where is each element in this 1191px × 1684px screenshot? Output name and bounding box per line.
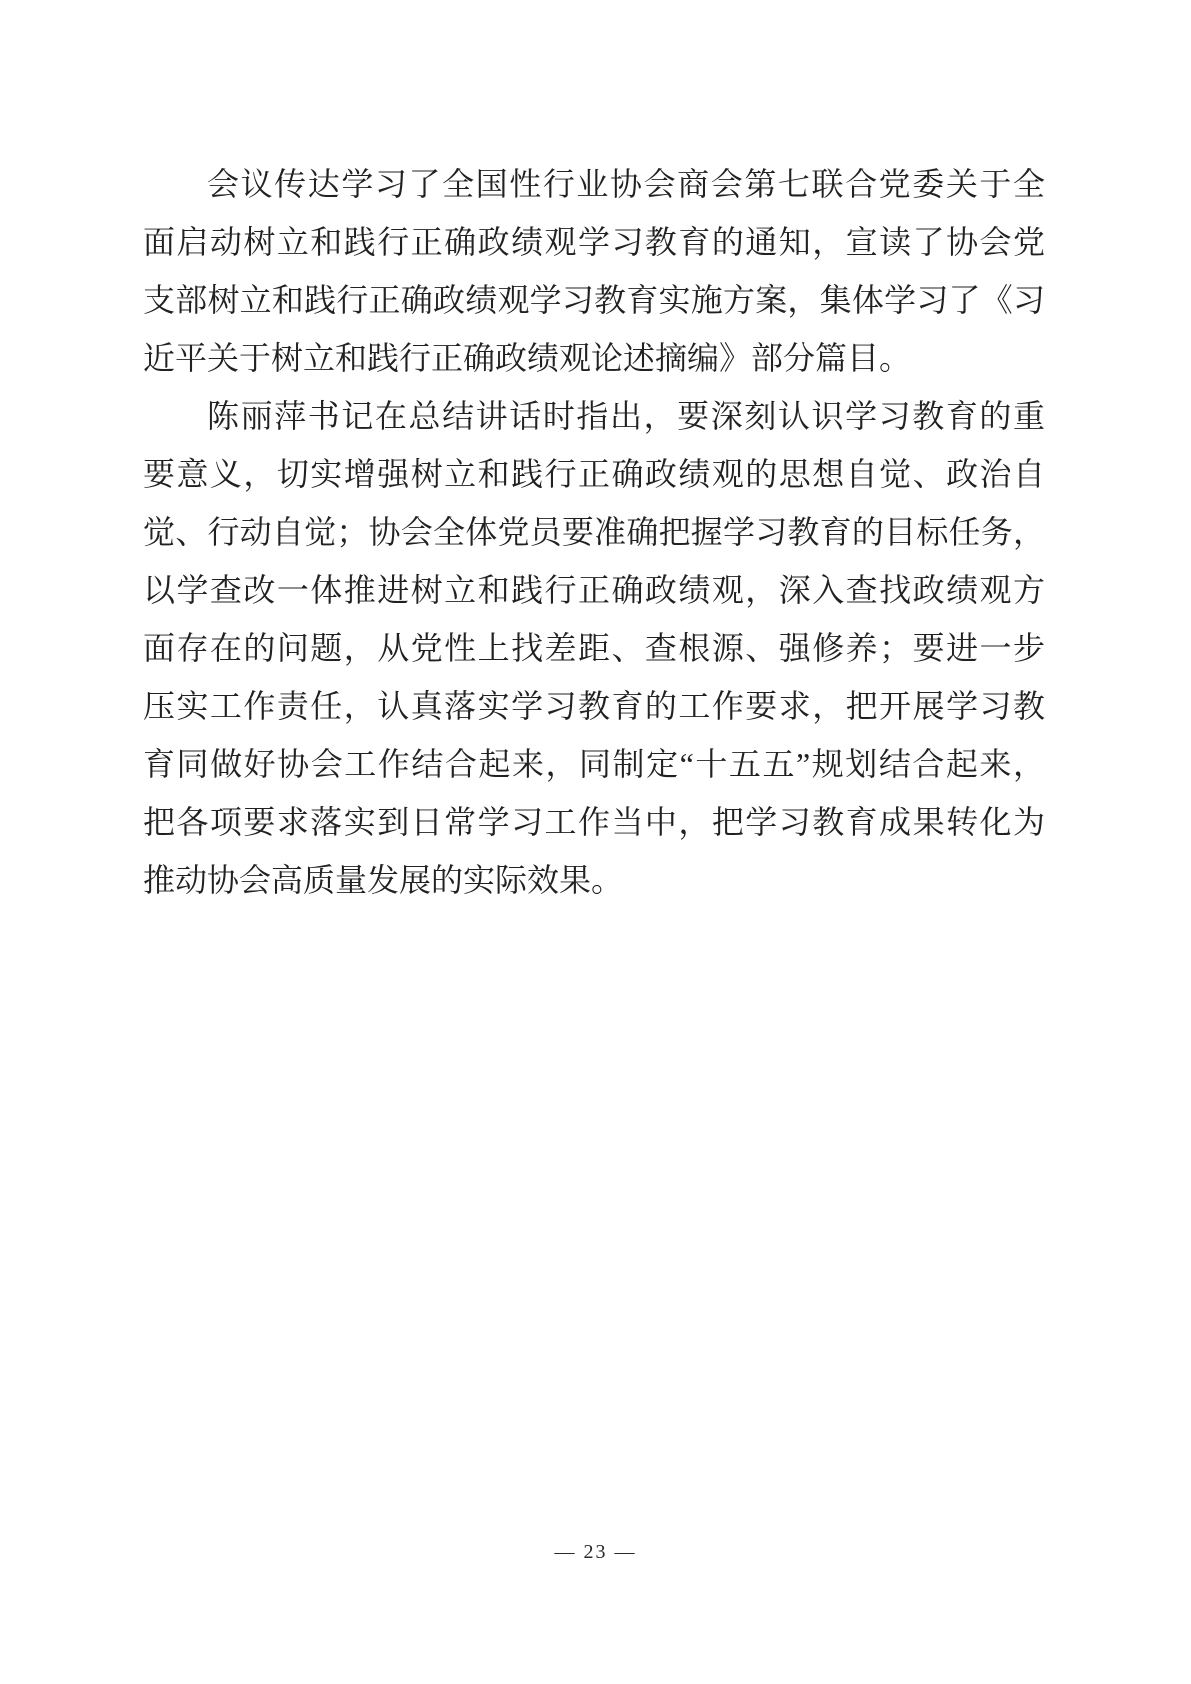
text-line: 会议传达学习了全国性行业协会商会第七联合党委关于全 <box>143 155 1045 213</box>
text-line: 育同做好协会工作结合起来，同制定“十五五”规划结合起来， <box>143 735 1045 793</box>
text-line: 面存在的问题，从党性上找差距、查根源、强修养；要进一步 <box>143 619 1045 677</box>
text-line: 要意义，切实增强树立和践行正确政绩观的思想自觉、政治自 <box>143 445 1045 503</box>
paragraph-2: 陈丽萍书记在总结讲话时指出，要深刻认识学习教育的重 要意义，切实增强树立和践行正… <box>143 387 1045 909</box>
text-line: 把各项要求落实到日常学习工作当中，把学习教育成果转化为 <box>143 793 1045 851</box>
text-line: 推动协会高质量发展的实际效果。 <box>143 851 1045 909</box>
text-line: 陈丽萍书记在总结讲话时指出，要深刻认识学习教育的重 <box>143 387 1045 445</box>
page-footer: — 23 — <box>0 1541 1191 1564</box>
text-line: 压实工作责任，认真落实学习教育的工作要求，把开展学习教 <box>143 677 1045 735</box>
text-line: 以学查改一体推进树立和践行正确政绩观，深入查找政绩观方 <box>143 561 1045 619</box>
text-line: 近平关于树立和践行正确政绩观论述摘编》部分篇目。 <box>143 329 1045 387</box>
text-line: 觉、行动自觉；协会全体党员要准确把握学习教育的目标任务， <box>143 503 1045 561</box>
page-number: — 23 — <box>555 1541 637 1564</box>
paragraph-1: 会议传达学习了全国性行业协会商会第七联合党委关于全 面启动树立和践行正确政绩观学… <box>143 155 1045 387</box>
text-line: 支部树立和践行正确政绩观学习教育实施方案，集体学习了《习 <box>143 271 1045 329</box>
document-page: 会议传达学习了全国性行业协会商会第七联合党委关于全 面启动树立和践行正确政绩观学… <box>0 0 1191 1684</box>
document-body: 会议传达学习了全国性行业协会商会第七联合党委关于全 面启动树立和践行正确政绩观学… <box>143 155 1045 909</box>
text-line: 面启动树立和践行正确政绩观学习教育的通知，宣读了协会党 <box>143 213 1045 271</box>
